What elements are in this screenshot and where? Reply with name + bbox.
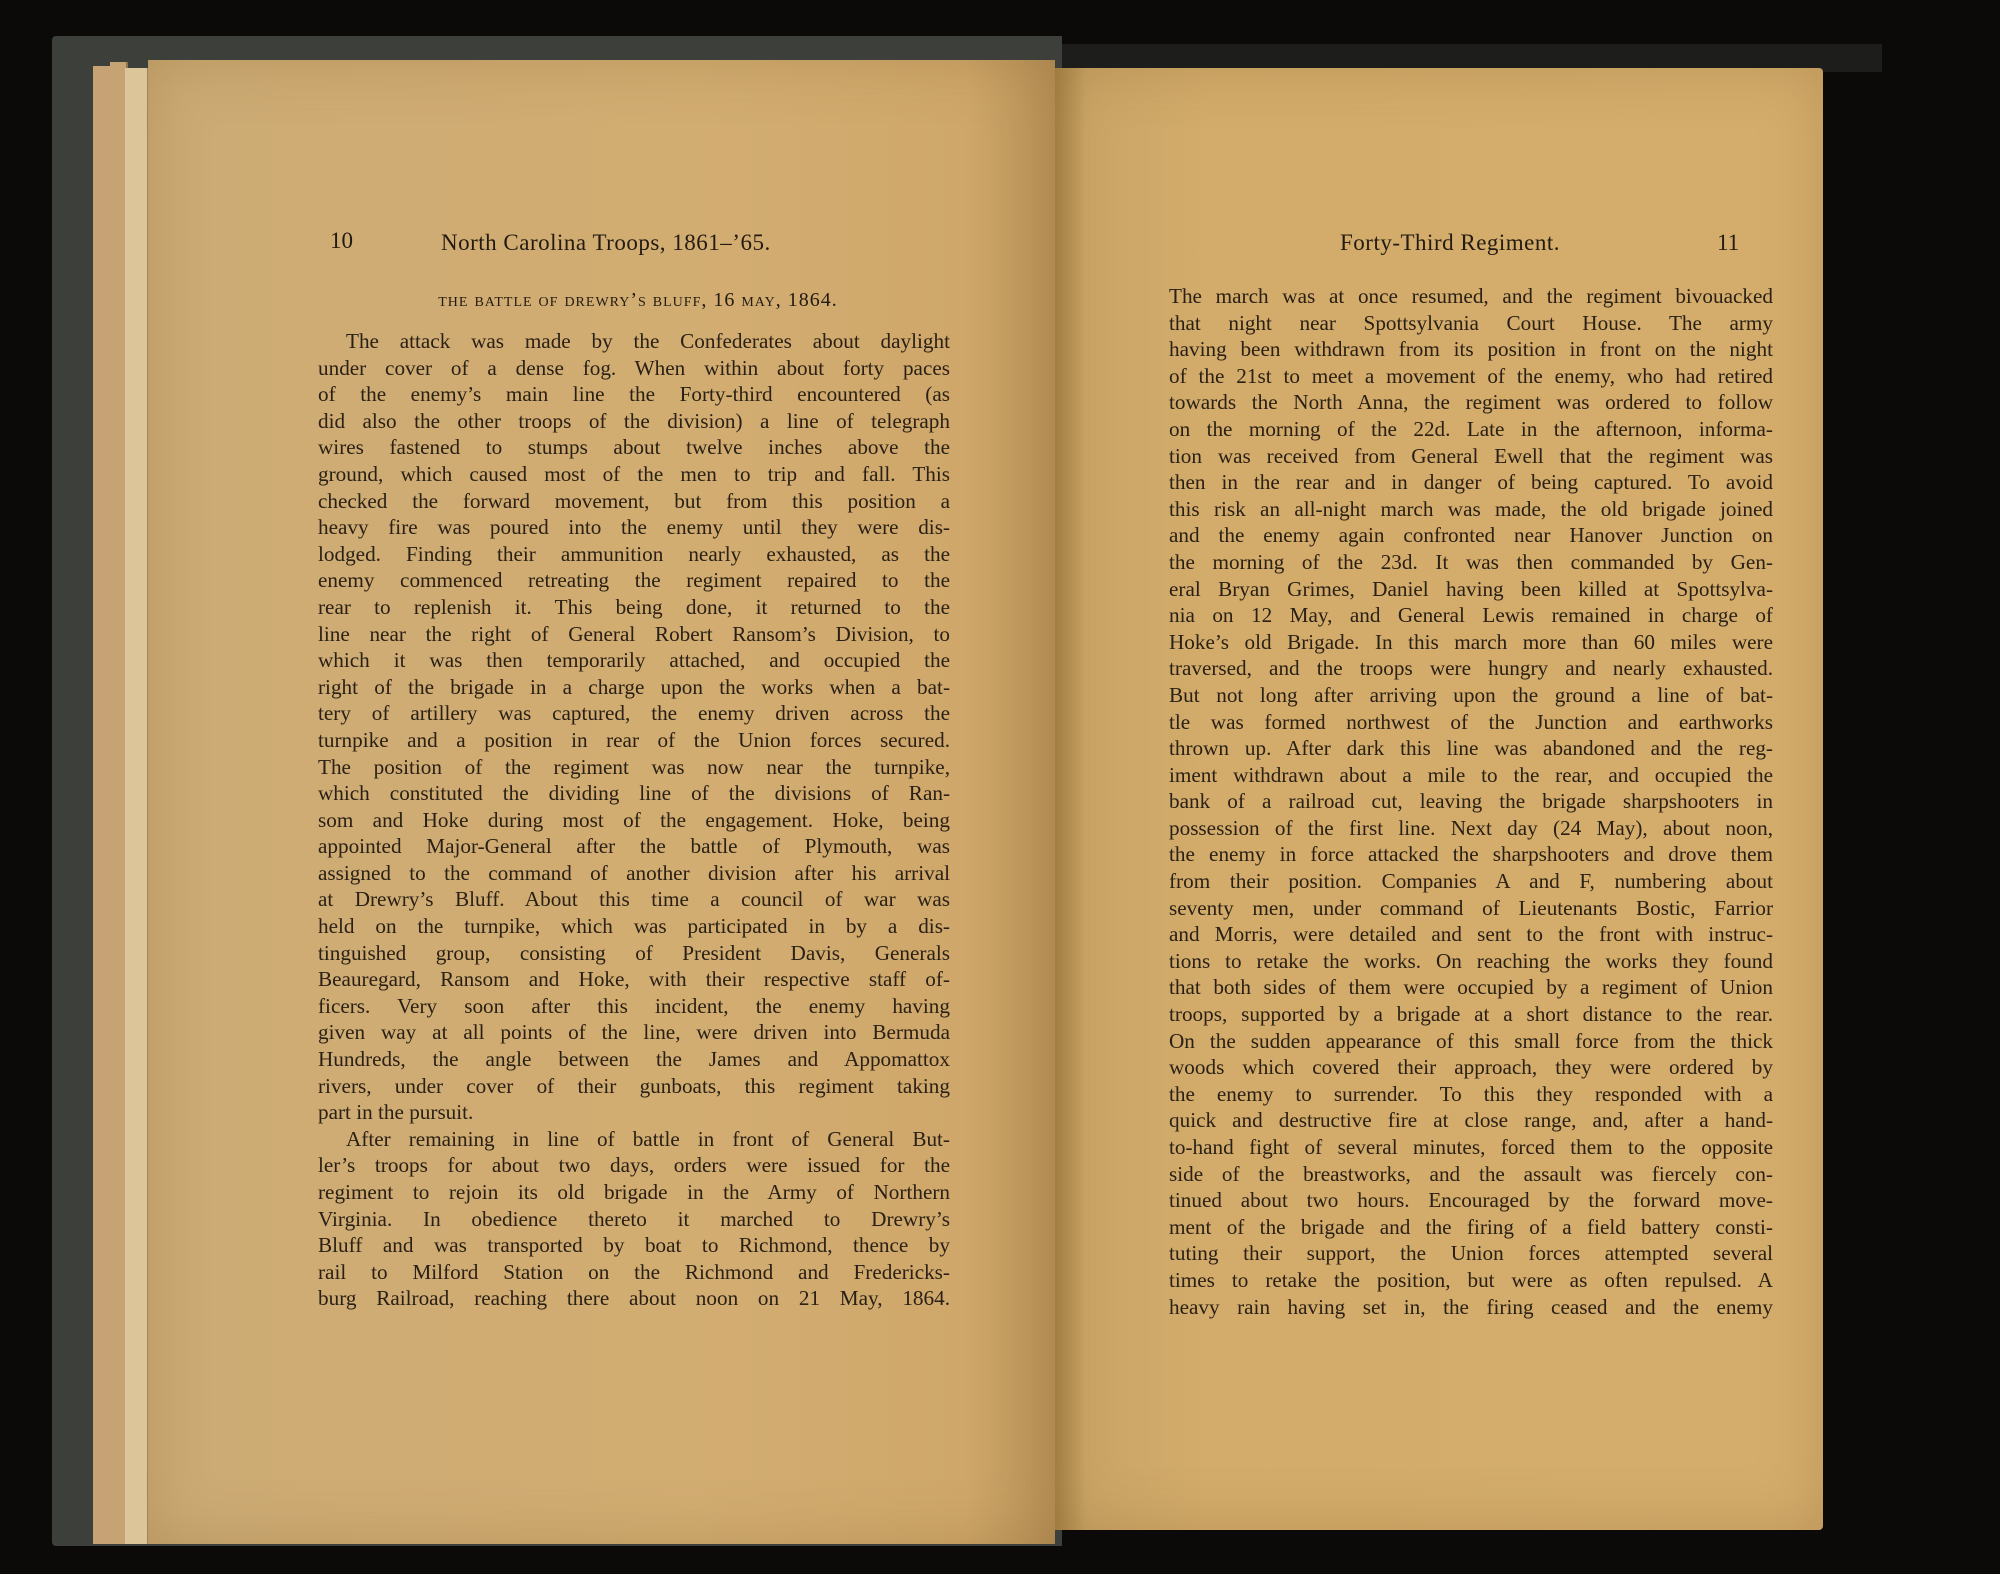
- text-line: After remaining in line of battle in fro…: [318, 1126, 950, 1153]
- text-line: at Drewry’s Bluff. About this time a cou…: [318, 886, 950, 913]
- text-line: nia on 12 May, and General Lewis remaine…: [1169, 602, 1773, 629]
- text-line: side of the breastworks, and the assault…: [1169, 1161, 1773, 1188]
- text-line: having been withdrawn from its position …: [1169, 336, 1773, 363]
- text-line: the morning of the 23d. It was then comm…: [1169, 549, 1773, 576]
- text-line: right of the brigade in a charge upon th…: [318, 674, 950, 701]
- text-line: did also the other troops of the divisio…: [318, 408, 950, 435]
- text-line: the enemy in force attacked the sharpsho…: [1169, 841, 1773, 868]
- text-line: then in the rear and in danger of being …: [1169, 469, 1773, 496]
- text-line: rivers, under cover of their gunboats, t…: [318, 1073, 950, 1100]
- text-line: On the sudden appearance of this small f…: [1169, 1028, 1773, 1055]
- text-line: this risk an all-night march was made, t…: [1169, 496, 1773, 523]
- text-line: which it was then temporarily attached, …: [318, 647, 950, 674]
- text-line: som and Hoke during most of the engageme…: [318, 807, 950, 834]
- text-line: tle was formed northwest of the Junction…: [1169, 709, 1773, 736]
- text-line: ficers. Very soon after this incident, t…: [318, 993, 950, 1020]
- text-line: the enemy to surrender. To this they res…: [1169, 1081, 1773, 1108]
- running-head: North Carolina Troops, 1861–’65.: [441, 230, 771, 256]
- text-line: iment withdrawn about a mile to the rear…: [1169, 762, 1773, 789]
- text-line: Virginia. In obedience thereto it marche…: [318, 1206, 950, 1233]
- section-title: the battle of drewry’s bluff, 16 may, 18…: [328, 289, 948, 312]
- text-line: Hundreds, the angle between the James an…: [318, 1046, 950, 1073]
- page-number: 10: [330, 228, 353, 254]
- text-line: wires fastened to stumps about twelve in…: [318, 434, 950, 461]
- text-line: bank of a railroad cut, leaving the brig…: [1169, 788, 1773, 815]
- text-line: on the morning of the 22d. Late in the a…: [1169, 416, 1773, 443]
- text-line: that night near Spottsylvania Court Hous…: [1169, 310, 1773, 337]
- right-page: Forty-Third Regiment. 11 The march was a…: [1055, 68, 1823, 1530]
- page-edge: [125, 68, 149, 1544]
- running-head: Forty-Third Regiment.: [1340, 230, 1560, 256]
- text-line: traversed, and the troops were hungry an…: [1169, 655, 1773, 682]
- text-line: assigned to the command of another divis…: [318, 860, 950, 887]
- text-line: regiment to rejoin its old brigade in th…: [318, 1179, 950, 1206]
- text-line: troops, supported by a brigade at a shor…: [1169, 1001, 1773, 1028]
- text-line: which constituted the dividing line of t…: [318, 780, 950, 807]
- text-line: of the 21st to meet a movement of the en…: [1169, 363, 1773, 390]
- text-line: tinguished group, consisting of Presiden…: [318, 940, 950, 967]
- text-line: ler’s troops for about two days, orders …: [318, 1152, 950, 1179]
- text-line: The attack was made by the Confederates …: [318, 328, 950, 355]
- text-line: tion was received from General Ewell tha…: [1169, 443, 1773, 470]
- text-line: quick and destructive fire at close rang…: [1169, 1107, 1773, 1134]
- text-line: burg Railroad, reaching there about noon…: [318, 1285, 950, 1312]
- text-line: woods which covered their approach, they…: [1169, 1054, 1773, 1081]
- text-line: tuting their support, the Union forces a…: [1169, 1240, 1773, 1267]
- text-line: turnpike and a position in rear of the U…: [318, 727, 950, 754]
- text-line: that both sides of them were occupied by…: [1169, 974, 1773, 1001]
- text-line: given way at all points of the line, wer…: [318, 1019, 950, 1046]
- text-line: heavy rain having set in, the firing cea…: [1169, 1294, 1773, 1321]
- text-line: But not long after arriving upon the gro…: [1169, 682, 1773, 709]
- text-line: lodged. Finding their ammunition nearly …: [318, 541, 950, 568]
- text-line: part in the pursuit.: [318, 1099, 950, 1126]
- text-line: The position of the regiment was now nea…: [318, 754, 950, 781]
- text-line: held on the turnpike, which was particip…: [318, 913, 950, 940]
- text-line: enemy commenced retreating the regiment …: [318, 567, 950, 594]
- text-line: rail to Milford Station on the Richmond …: [318, 1259, 950, 1286]
- text-line: tinued about two hours. Encouraged by th…: [1169, 1187, 1773, 1214]
- text-line: and the enemy again confronted near Hano…: [1169, 522, 1773, 549]
- left-page: 10 North Carolina Troops, 1861–’65. the …: [148, 60, 1055, 1544]
- text-line: towards the North Anna, the regiment was…: [1169, 389, 1773, 416]
- text-line: ment of the brigade and the firing of a …: [1169, 1214, 1773, 1241]
- text-line: of the enemy’s main line the Forty-third…: [318, 381, 950, 408]
- text-line: Hoke’s old Brigade. In this march more t…: [1169, 629, 1773, 656]
- text-line: under cover of a dense fog. When within …: [318, 355, 950, 382]
- text-line: to-hand fight of several minutes, forced…: [1169, 1134, 1773, 1161]
- text-line: Beauregard, Ransom and Hoke, with their …: [318, 966, 950, 993]
- text-line: checked the forward movement, but from t…: [318, 488, 950, 515]
- page-number: 11: [1717, 230, 1739, 256]
- body-text: The attack was made by the Confederates …: [318, 328, 950, 1312]
- text-line: seventy men, under command of Lieutenant…: [1169, 895, 1773, 922]
- text-line: rear to replenish it. This being done, i…: [318, 594, 950, 621]
- text-line: line near the right of General Robert Ra…: [318, 621, 950, 648]
- text-line: from their position. Companies A and F, …: [1169, 868, 1773, 895]
- text-line: Bluff and was transported by boat to Ric…: [318, 1232, 950, 1259]
- text-line: tery of artillery was captured, the enem…: [318, 700, 950, 727]
- text-line: and Morris, were detailed and sent to th…: [1169, 921, 1773, 948]
- body-text: The march was at once resumed, and the r…: [1169, 283, 1773, 1320]
- text-line: The march was at once resumed, and the r…: [1169, 283, 1773, 310]
- text-line: times to retake the position, but were a…: [1169, 1267, 1773, 1294]
- text-line: appointed Major-General after the battle…: [318, 833, 950, 860]
- text-line: ground, which caused most of the men to …: [318, 461, 950, 488]
- text-line: heavy fire was poured into the enemy unt…: [318, 514, 950, 541]
- text-line: thrown up. After dark this line was aban…: [1169, 735, 1773, 762]
- text-line: eral Bryan Grimes, Daniel having been ki…: [1169, 576, 1773, 603]
- text-line: possession of the first line. Next day (…: [1169, 815, 1773, 842]
- text-line: tions to retake the works. On reaching t…: [1169, 948, 1773, 975]
